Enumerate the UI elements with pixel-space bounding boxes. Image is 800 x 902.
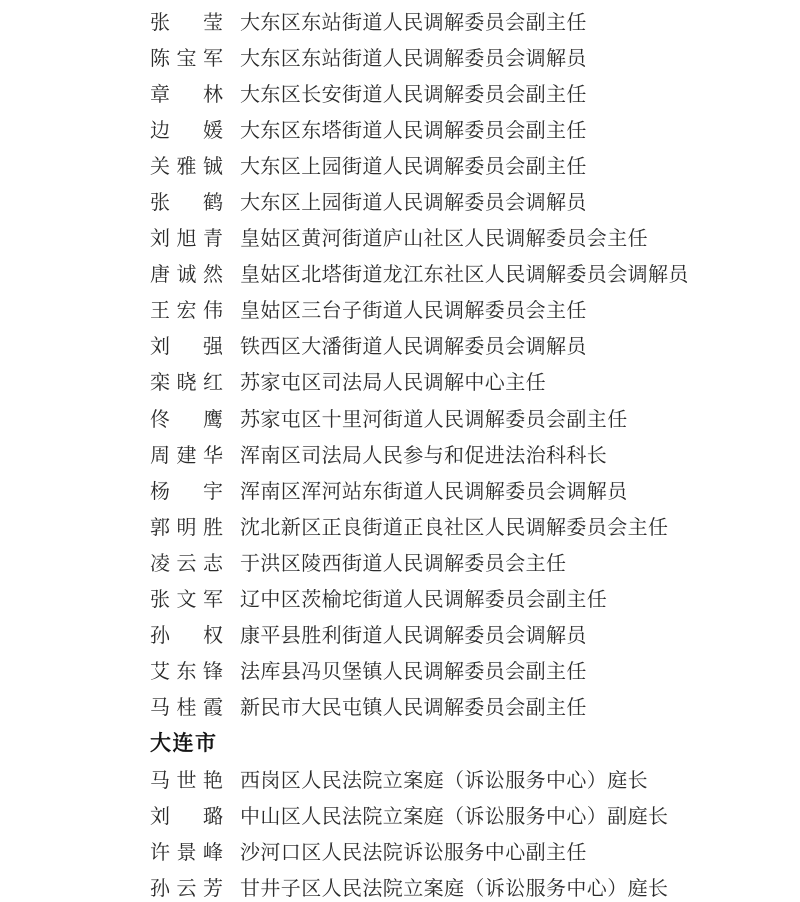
person-name-char: 艾 <box>150 655 170 684</box>
person-title: 康平县胜利街道人民调解委员会调解员 <box>240 619 587 648</box>
person-name: 马桂霞 <box>150 691 223 720</box>
person-title: 中山区人民法院立案庭（诉讼服务中心）副庭长 <box>240 800 668 829</box>
person-name-char: 然 <box>203 258 223 287</box>
person-name-char: 艳 <box>203 764 223 793</box>
person-title: 西岗区人民法院立案庭（诉讼服务中心）庭长 <box>240 764 648 793</box>
person-title: 苏家屯区司法局人民调解中心主任 <box>240 366 546 395</box>
person-name: 许景峰 <box>150 836 223 865</box>
person-row: 陈宝军大东区东站街道人民调解委员会调解员 <box>0 38 800 74</box>
document-page: 张莹大东区东站街道人民调解委员会副主任陈宝军大东区东站街道人民调解委员会调解员章… <box>0 0 800 902</box>
person-title: 浑南区司法局人民参与和促进法治科科长 <box>240 439 607 468</box>
person-title: 大东区长安街道人民调解委员会副主任 <box>240 78 587 107</box>
person-name-char: 马 <box>150 764 170 793</box>
person-name-char: 胜 <box>203 511 223 540</box>
person-name: 杨宇 <box>150 475 223 504</box>
person-name-char: 王 <box>150 294 170 323</box>
person-name: 陈宝军 <box>150 42 223 71</box>
person-name-char: 伟 <box>203 294 223 323</box>
person-name: 孙云芳 <box>150 872 223 901</box>
section-heading: 大连市 <box>150 727 218 757</box>
person-name-char: 锋 <box>203 655 223 684</box>
person-name: 关雅铖 <box>150 150 223 179</box>
person-title: 新民市大民屯镇人民调解委员会副主任 <box>240 691 587 720</box>
person-name-char: 志 <box>203 547 223 576</box>
person-row: 马桂霞新民市大民屯镇人民调解委员会副主任 <box>0 688 800 724</box>
person-row: 周建华浑南区司法局人民参与和促进法治科科长 <box>0 435 800 471</box>
person-row: 许景峰沙河口区人民法院诉讼服务中心副主任 <box>0 832 800 868</box>
person-name-char: 媛 <box>203 114 223 143</box>
person-title: 皇姑区黄河街道庐山社区人民调解委员会主任 <box>240 222 648 251</box>
person-row: 凌云志于洪区陵西街道人民调解委员会主任 <box>0 543 800 579</box>
person-name-char: 刘 <box>150 222 170 251</box>
person-row: 马世艳西岗区人民法院立案庭（诉讼服务中心）庭长 <box>0 760 800 796</box>
person-row: 刘璐中山区人民法院立案庭（诉讼服务中心）副庭长 <box>0 796 800 832</box>
person-name-char: 东 <box>177 655 197 684</box>
person-name-char: 桂 <box>177 691 197 720</box>
person-name-char: 军 <box>203 583 223 612</box>
person-name-char: 唐 <box>150 258 170 287</box>
person-title: 辽中区茨榆坨街道人民调解委员会副主任 <box>240 583 607 612</box>
person-name-char: 世 <box>177 764 197 793</box>
person-name-char: 峰 <box>203 836 223 865</box>
person-name: 刘旭青 <box>150 222 223 251</box>
person-name: 郭明胜 <box>150 511 223 540</box>
person-name-char: 强 <box>203 330 223 359</box>
person-row: 关雅铖大东区上园街道人民调解委员会副主任 <box>0 146 800 182</box>
person-name-char: 张 <box>150 583 170 612</box>
person-name-char: 旭 <box>177 222 197 251</box>
person-row: 章林大东区长安街道人民调解委员会副主任 <box>0 74 800 110</box>
person-row: 孙云芳甘井子区人民法院立案庭（诉讼服务中心）庭长 <box>0 868 800 902</box>
person-name: 唐诚然 <box>150 258 223 287</box>
person-row: 张莹大东区东站街道人民调解委员会副主任 <box>0 2 800 38</box>
person-title: 法库县冯贝堡镇人民调解委员会副主任 <box>240 655 587 684</box>
person-title: 大东区东塔街道人民调解委员会副主任 <box>240 114 587 143</box>
person-name-char: 霞 <box>203 691 223 720</box>
person-name-char: 孙 <box>150 872 170 901</box>
person-name-char: 军 <box>203 42 223 71</box>
person-name-char: 诚 <box>177 258 197 287</box>
person-name-char: 宏 <box>177 294 197 323</box>
person-name-char: 芳 <box>203 872 223 901</box>
person-name-char: 刘 <box>150 800 170 829</box>
person-name-char: 林 <box>203 78 223 107</box>
person-row: 孙权康平县胜利街道人民调解委员会调解员 <box>0 616 800 652</box>
person-row: 栾晓红苏家屯区司法局人民调解中心主任 <box>0 363 800 399</box>
person-name-char: 栾 <box>150 366 170 395</box>
person-title: 铁西区大潘街道人民调解委员会调解员 <box>240 330 587 359</box>
person-name-char: 张 <box>150 186 170 215</box>
person-name: 艾东锋 <box>150 655 223 684</box>
person-name-char: 许 <box>150 836 170 865</box>
person-name-char: 杨 <box>150 475 170 504</box>
section-heading-row: 大连市 <box>0 724 800 760</box>
person-name-char: 文 <box>177 583 197 612</box>
person-name-char: 张 <box>150 6 170 35</box>
person-name: 张文军 <box>150 583 223 612</box>
person-row: 艾东锋法库县冯贝堡镇人民调解委员会副主任 <box>0 652 800 688</box>
person-row: 边媛大东区东塔街道人民调解委员会副主任 <box>0 110 800 146</box>
person-name-char: 鹤 <box>203 186 223 215</box>
person-row: 唐诚然皇姑区北塔街道龙江东社区人民调解委员会调解员 <box>0 255 800 291</box>
person-title: 于洪区陵西街道人民调解委员会主任 <box>240 547 566 576</box>
person-name-char: 章 <box>150 78 170 107</box>
person-title: 沈北新区正良街道正良社区人民调解委员会主任 <box>240 511 668 540</box>
person-title: 苏家屯区十里河街道人民调解委员会副主任 <box>240 403 628 432</box>
person-name-char: 建 <box>177 439 197 468</box>
person-name-char: 青 <box>203 222 223 251</box>
person-row: 张文军辽中区茨榆坨街道人民调解委员会副主任 <box>0 580 800 616</box>
person-name-char: 云 <box>177 547 197 576</box>
person-name-char: 凌 <box>150 547 170 576</box>
person-name-char: 璐 <box>203 800 223 829</box>
person-name-char: 刘 <box>150 330 170 359</box>
person-name: 栾晓红 <box>150 366 223 395</box>
person-name-char: 明 <box>177 511 197 540</box>
person-name-char: 莹 <box>203 6 223 35</box>
person-name-char: 红 <box>203 366 223 395</box>
person-name-char: 郭 <box>150 511 170 540</box>
person-name: 刘璐 <box>150 800 223 829</box>
person-title: 甘井子区人民法院立案庭（诉讼服务中心）庭长 <box>240 872 668 901</box>
person-title: 大东区上园街道人民调解委员会调解员 <box>240 186 587 215</box>
person-row: 佟鹰苏家屯区十里河街道人民调解委员会副主任 <box>0 399 800 435</box>
person-title: 大东区东站街道人民调解委员会调解员 <box>240 42 587 71</box>
person-name-char: 孙 <box>150 619 170 648</box>
person-title: 浑南区浑河站东街道人民调解委员会调解员 <box>240 475 628 504</box>
person-name: 张鹤 <box>150 186 223 215</box>
person-row: 王宏伟皇姑区三台子街道人民调解委员会主任 <box>0 291 800 327</box>
person-name-char: 景 <box>177 836 197 865</box>
person-name: 马世艳 <box>150 764 223 793</box>
person-name: 王宏伟 <box>150 294 223 323</box>
person-row: 刘旭青皇姑区黄河街道庐山社区人民调解委员会主任 <box>0 219 800 255</box>
person-name-char: 铖 <box>203 150 223 179</box>
person-name: 凌云志 <box>150 547 223 576</box>
person-name-char: 周 <box>150 439 170 468</box>
person-name-char: 晓 <box>177 366 197 395</box>
person-name-char: 关 <box>150 150 170 179</box>
person-name-char: 宝 <box>177 42 197 71</box>
person-name-char: 鹰 <box>203 403 223 432</box>
person-name-char: 马 <box>150 691 170 720</box>
person-title: 皇姑区三台子街道人民调解委员会主任 <box>240 294 587 323</box>
person-title: 大东区东站街道人民调解委员会副主任 <box>240 6 587 35</box>
person-row: 刘强铁西区大潘街道人民调解委员会调解员 <box>0 327 800 363</box>
person-title: 沙河口区人民法院诉讼服务中心副主任 <box>240 836 587 865</box>
person-name: 孙权 <box>150 619 223 648</box>
person-name-char: 权 <box>203 619 223 648</box>
person-name-char: 宇 <box>203 475 223 504</box>
person-name-char: 华 <box>203 439 223 468</box>
person-row: 杨宇浑南区浑河站东街道人民调解委员会调解员 <box>0 471 800 507</box>
person-row: 张鹤大东区上园街道人民调解委员会调解员 <box>0 182 800 218</box>
person-name-char: 雅 <box>177 150 197 179</box>
person-row: 郭明胜沈北新区正良街道正良社区人民调解委员会主任 <box>0 507 800 543</box>
person-name: 刘强 <box>150 330 223 359</box>
person-name-char: 边 <box>150 114 170 143</box>
person-name-char: 陈 <box>150 42 170 71</box>
person-title: 大东区上园街道人民调解委员会副主任 <box>240 150 587 179</box>
person-name-char: 佟 <box>150 403 170 432</box>
person-name: 佟鹰 <box>150 403 223 432</box>
person-name: 周建华 <box>150 439 223 468</box>
person-name: 边媛 <box>150 114 223 143</box>
person-title: 皇姑区北塔街道龙江东社区人民调解委员会调解员 <box>240 258 689 287</box>
person-name-char: 云 <box>177 872 197 901</box>
person-name: 章林 <box>150 78 223 107</box>
person-name: 张莹 <box>150 6 223 35</box>
